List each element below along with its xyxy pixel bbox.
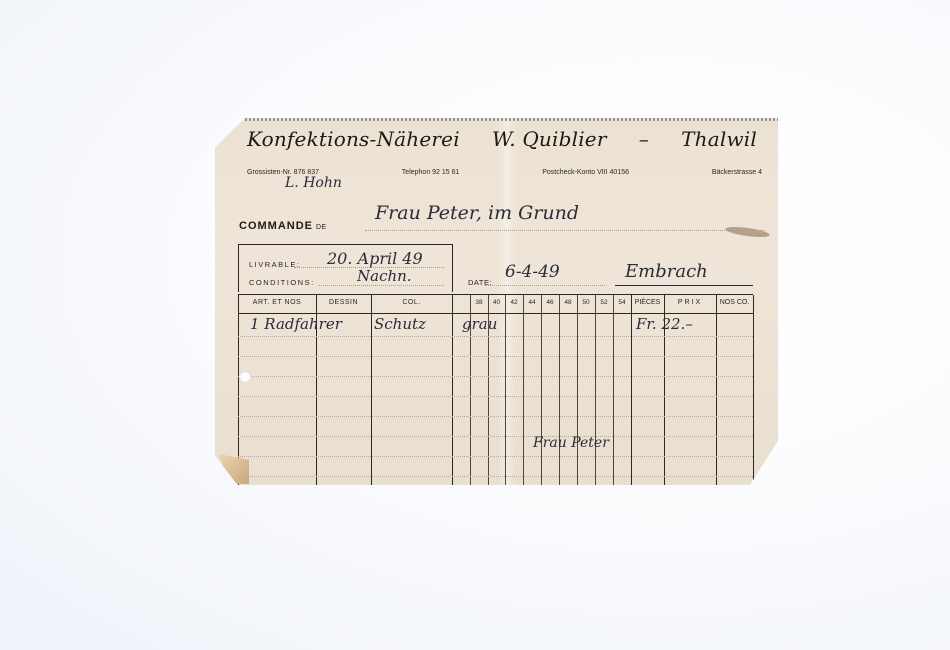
col-line bbox=[631, 295, 632, 486]
commande-label: COMMANDEDE bbox=[239, 220, 327, 232]
street-address: Bäckerstrasse 4 bbox=[712, 169, 762, 176]
postcheck-account: Postcheck-Konto VIII 40156 bbox=[542, 169, 629, 176]
punch-hole bbox=[239, 371, 251, 383]
row-line bbox=[238, 476, 753, 477]
perforated-edge bbox=[245, 118, 778, 121]
col-line bbox=[716, 295, 717, 486]
header-size-54: 54 bbox=[613, 299, 631, 306]
row-line bbox=[238, 396, 753, 397]
row-1-article: 1 Radfahrer bbox=[250, 315, 342, 333]
company-name: Konfektions-Näherei bbox=[247, 127, 460, 151]
row-line bbox=[238, 416, 753, 417]
header-size-42: 42 bbox=[505, 299, 523, 306]
row-line bbox=[238, 376, 753, 377]
title-dash: – bbox=[639, 127, 649, 151]
col-line bbox=[613, 295, 614, 486]
col-line bbox=[371, 295, 372, 486]
header-nos-co: NOS CO. bbox=[716, 299, 753, 306]
commande-text: COMMANDE bbox=[239, 220, 313, 232]
row-1-color: grau bbox=[462, 315, 497, 333]
city-name: Thalwil bbox=[681, 127, 757, 151]
header-col: COL. bbox=[371, 299, 452, 306]
row-1-price: Fr. 22.– bbox=[636, 315, 693, 333]
date-value: 6-4-49 bbox=[505, 262, 560, 282]
owner-name: W. Quiblier bbox=[492, 127, 607, 151]
order-form-paper: Konfektions-Näherei W. Quiblier – Thalwi… bbox=[215, 118, 778, 485]
col-line bbox=[541, 295, 542, 486]
header-size-50: 50 bbox=[577, 299, 595, 306]
row-line bbox=[238, 356, 753, 357]
col-line bbox=[505, 295, 506, 486]
header-size-38: 38 bbox=[470, 299, 488, 306]
telephone-number: Telephon 92 15 61 bbox=[402, 169, 460, 176]
place-value: Embrach bbox=[625, 261, 708, 282]
date-dotted-line bbox=[485, 285, 605, 286]
row-line bbox=[238, 336, 753, 337]
livrable-label: LIVRABLE: bbox=[249, 260, 300, 269]
commande-dotted-line bbox=[365, 230, 765, 231]
order-table: ART. ET NOS DESSIN COL. 38 40 42 44 46 4… bbox=[238, 294, 753, 486]
col-line bbox=[523, 295, 524, 486]
header-size-44: 44 bbox=[523, 299, 541, 306]
conditions-dotted-line bbox=[319, 285, 444, 286]
col-line bbox=[753, 295, 754, 486]
delivery-box: LIVRABLE: 20. April 49 CONDITIONS: Nachn… bbox=[238, 244, 453, 292]
col-line bbox=[559, 295, 560, 486]
header-size-40: 40 bbox=[488, 299, 505, 306]
row-line bbox=[238, 436, 753, 437]
header-separator bbox=[238, 313, 753, 314]
commande-customer: Frau Peter, im Grund bbox=[375, 202, 579, 224]
letterhead-title: Konfektions-Näherei W. Quiblier – Thalwi… bbox=[247, 127, 757, 151]
commande-de-text: DE bbox=[316, 224, 327, 231]
header-prix: PRIX bbox=[664, 299, 716, 306]
row-line bbox=[238, 456, 753, 457]
handwritten-reference: L. Hohn bbox=[285, 175, 342, 191]
col-line bbox=[595, 295, 596, 486]
livrable-value: 20. April 49 bbox=[327, 249, 423, 268]
col-line bbox=[452, 295, 453, 486]
col-line bbox=[577, 295, 578, 486]
col-line bbox=[238, 295, 239, 486]
header-art: ART. ET NOS bbox=[238, 299, 316, 306]
place-underline bbox=[615, 285, 753, 286]
customer-signature: Frau Peter bbox=[533, 435, 609, 451]
paper-stain bbox=[725, 225, 771, 239]
conditions-value: Nachn. bbox=[357, 267, 412, 285]
header-size-52: 52 bbox=[595, 299, 613, 306]
header-dessin: DESSIN bbox=[316, 299, 371, 306]
header-pieces: PIÈCES bbox=[631, 299, 664, 306]
header-size-48: 48 bbox=[559, 299, 577, 306]
row-1-dessin: Schutz bbox=[374, 315, 426, 333]
header-size-46: 46 bbox=[541, 299, 559, 306]
conditions-label: CONDITIONS: bbox=[249, 278, 315, 287]
